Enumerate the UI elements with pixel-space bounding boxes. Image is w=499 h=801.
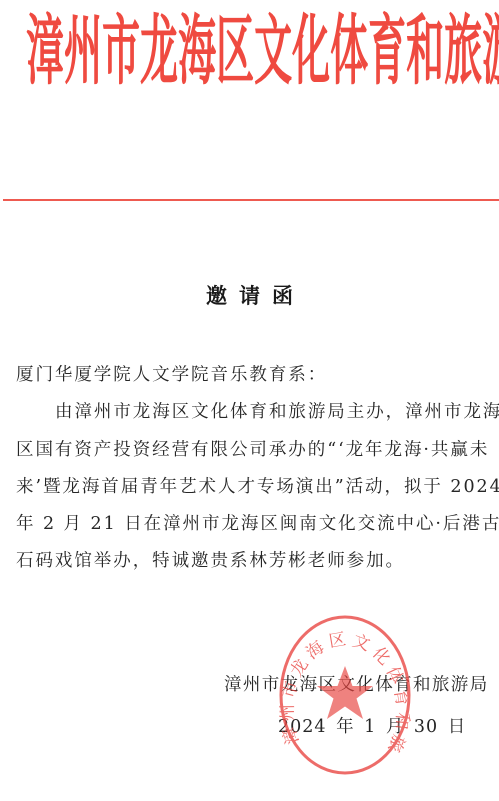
document-page: 漳 州 市 龙 海 区 文 化 体 育 和 旅 游 局 邀请函 厦门华厦学院人文… — [0, 0, 499, 801]
signature-org: 漳州市龙海区文化体育和旅游局 — [224, 671, 489, 696]
letterhead-char: 旅 — [444, 13, 482, 89]
signature-date: 2024 年 1 月 30 日 — [278, 713, 466, 738]
letterhead-char: 海 — [178, 13, 216, 89]
letterhead-char: 州 — [64, 13, 102, 89]
document-title: 邀请函 — [0, 280, 499, 310]
letterhead-char: 龙 — [140, 13, 178, 89]
letterhead-char: 育 — [368, 13, 406, 89]
body-line: 年 2 月 21 日在漳州市龙海区闽南文化交流中心·后港古街 — [16, 511, 488, 548]
letterhead-char: 市 — [102, 13, 140, 89]
letterhead-char: 区 — [216, 13, 254, 89]
letterhead-char: 漳 — [26, 13, 64, 89]
body-line: 由漳州市龙海区文化体育和旅游局主办，漳州市龙海 — [16, 399, 488, 436]
document-body: 厦门华厦学院人文学院音乐教育系： 由漳州市龙海区文化体育和旅游局主办，漳州市龙海… — [16, 362, 488, 586]
letterhead: 漳 州 市 龙 海 区 文 化 体 育 和 旅 游 局 — [26, 6, 482, 96]
letterhead-char: 游 — [482, 13, 499, 89]
salutation: 厦门华厦学院人文学院音乐教育系： — [16, 362, 488, 399]
body-line: 来’暨龙海首届青年艺术人才专场演出”活动，拟于 2024 — [16, 474, 488, 511]
body-line: 石码戏馆举办，特诚邀贵系林芳彬老师参加。 — [16, 548, 488, 585]
letterhead-char: 化 — [292, 13, 330, 89]
letterhead-char: 和 — [406, 13, 444, 89]
letterhead-char: 文 — [254, 13, 292, 89]
body-line: 区国有资产投资经营有限公司承办的“‘龙年龙海·共赢未 — [16, 437, 488, 474]
letterhead-char: 体 — [330, 13, 368, 89]
letterhead-divider — [3, 199, 499, 201]
